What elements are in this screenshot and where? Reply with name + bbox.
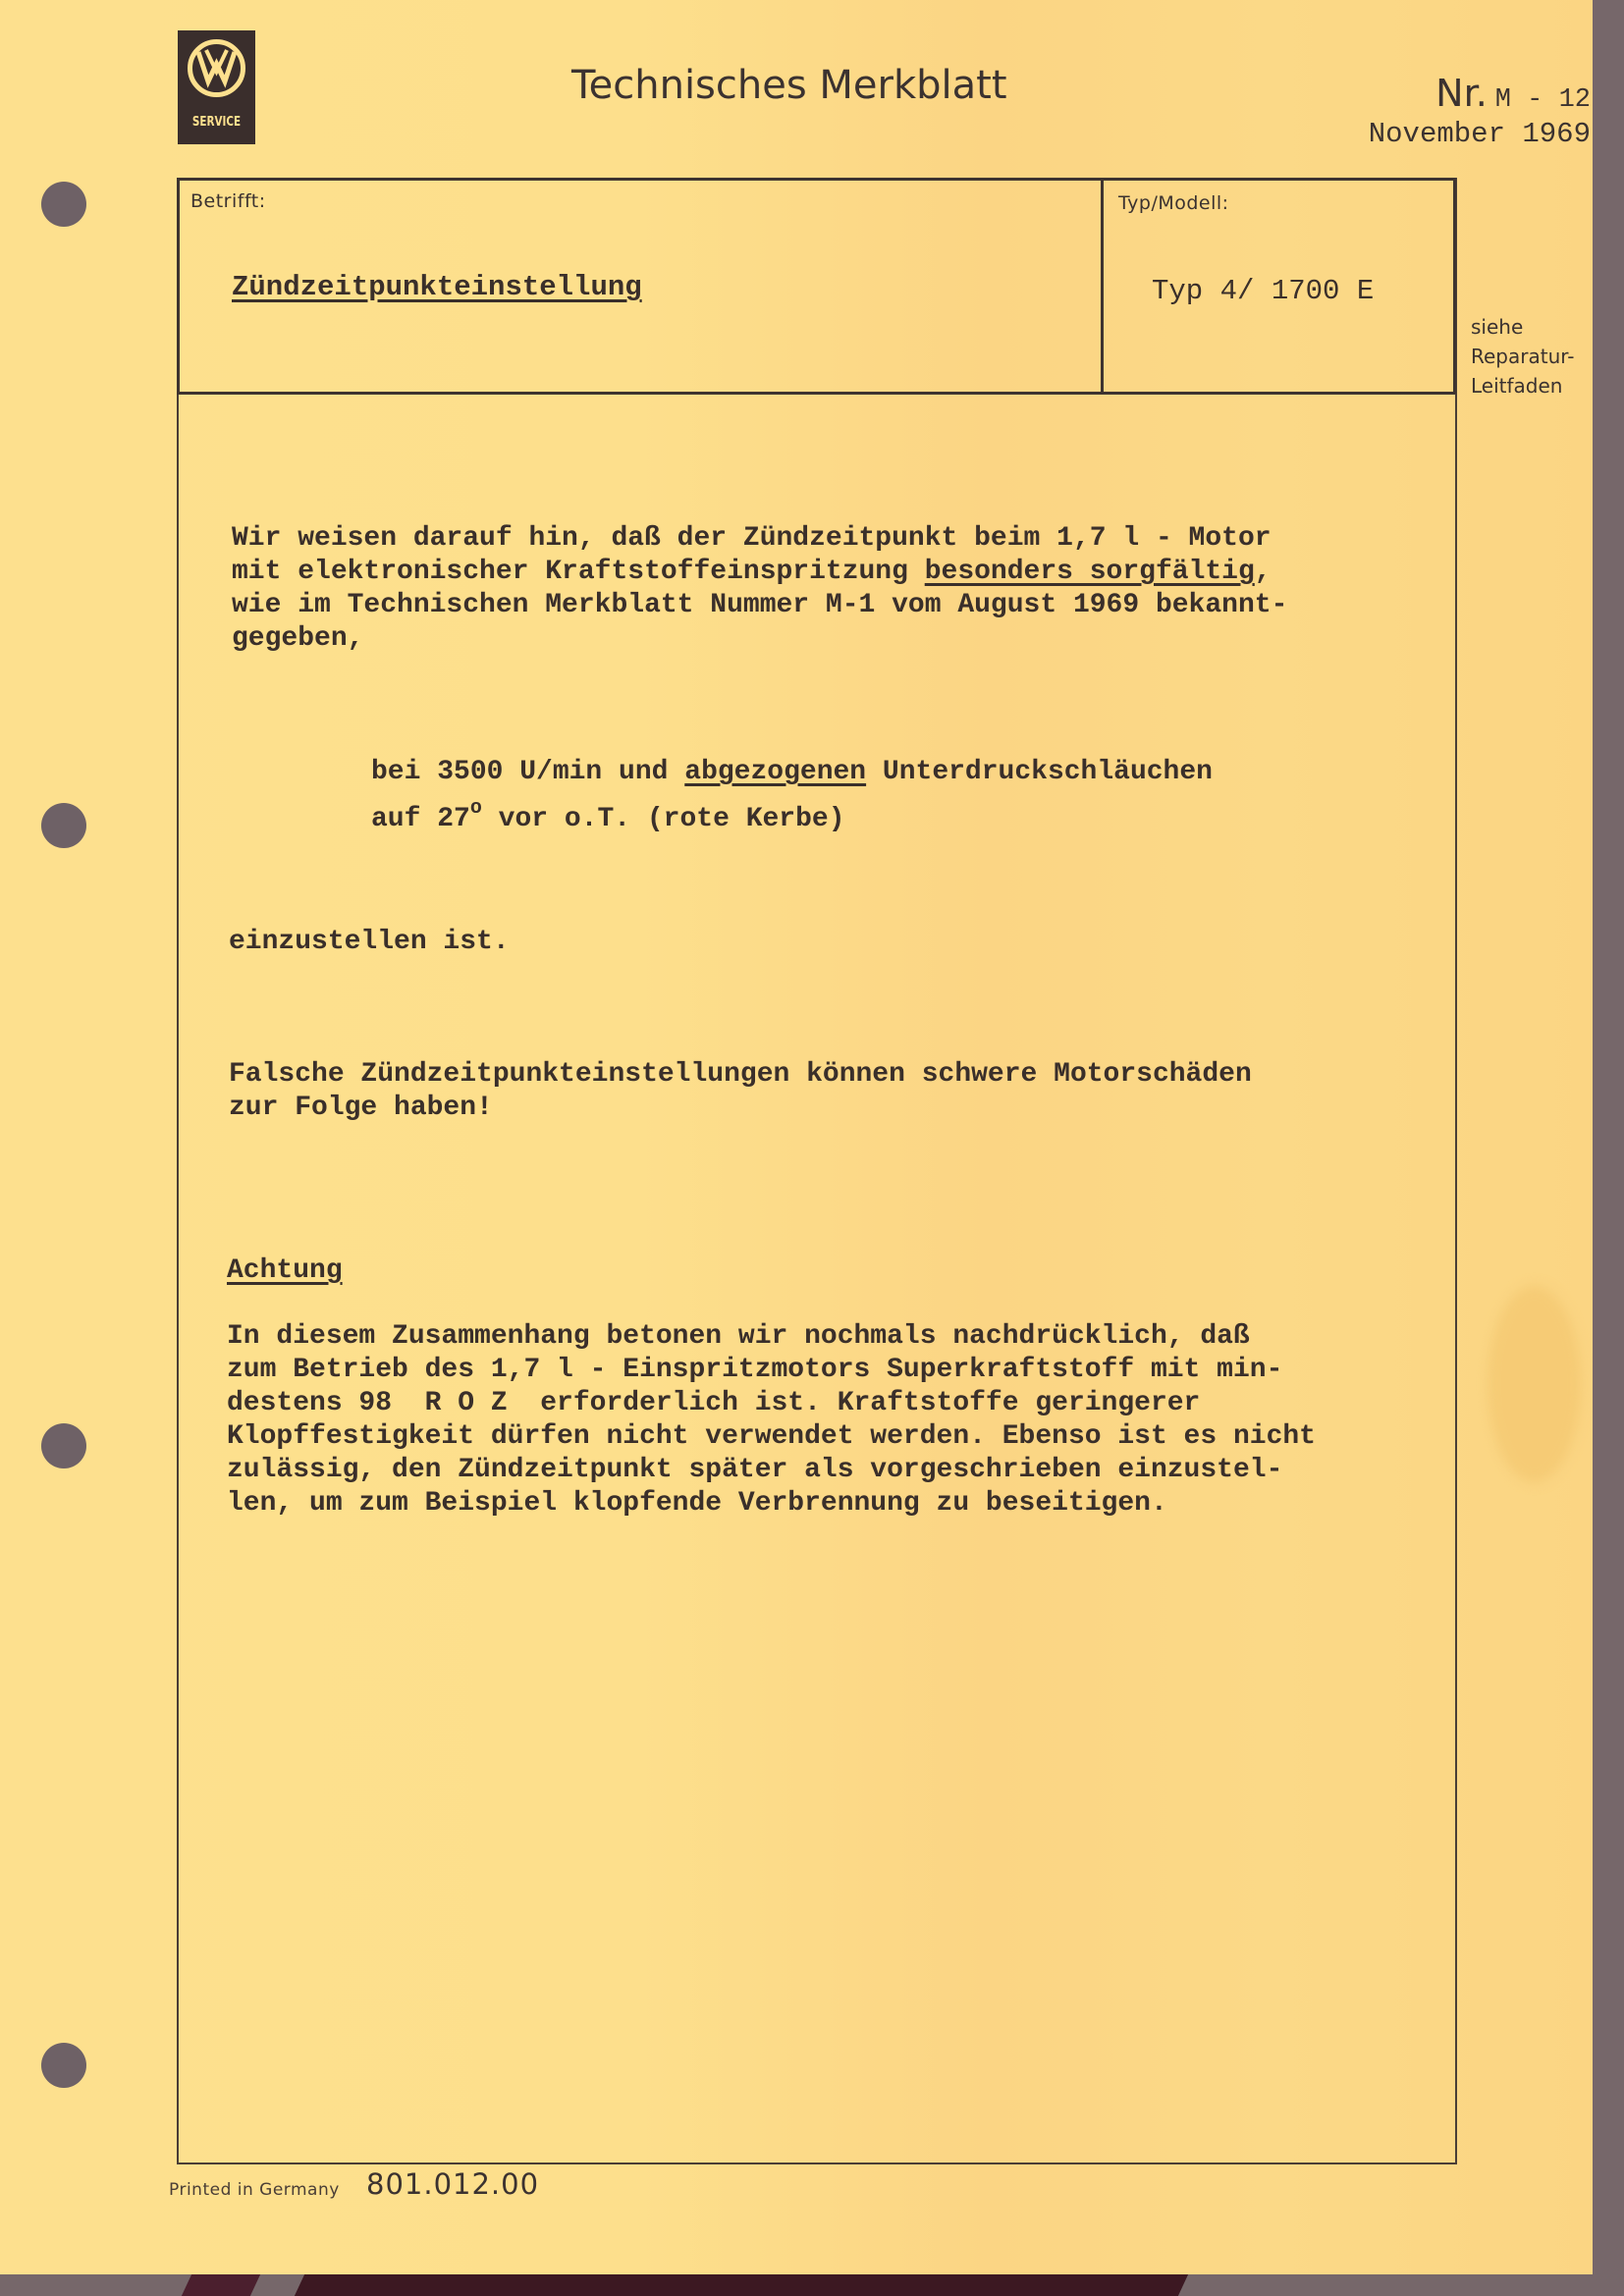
text-line: Unterdruckschläuchen (866, 757, 1213, 787)
side-note-line: siehe (1471, 312, 1574, 342)
side-note: siehe Reparatur- Leitfaden (1471, 312, 1574, 400)
document-date: November 1969 (1369, 118, 1591, 150)
text-line: , (1255, 557, 1272, 587)
content-frame (177, 178, 1457, 2164)
emphasis-text: abgezogenen (684, 757, 866, 787)
text-line: In diesem Zusammenhang betonen wir nochm… (227, 1321, 1250, 1352)
text-line: Wir weisen darauf hin, daß der Zündzeitp… (232, 523, 1272, 554)
scan-background (0, 2274, 1624, 2296)
text-line: Falsche Zündzeitpunkteinstellungen könne… (229, 1059, 1252, 1090)
punch-hole (41, 182, 86, 227)
text-line: vor o.T. (rote Kerbe) (482, 804, 845, 834)
text-line: auf 27 (371, 804, 470, 834)
nr-label: Nr. (1435, 72, 1488, 115)
punch-hole (41, 803, 86, 848)
background-mark (182, 2274, 260, 2296)
text-line: len, um zum Beispiel klopfende Verbrennu… (227, 1488, 1167, 1519)
header-divider (1101, 178, 1104, 392)
document-number: Nr.M - 12 (1435, 72, 1591, 115)
text-line: zur Folge haben! (229, 1093, 493, 1123)
emphasis-text: besonders sorgfältig (925, 557, 1255, 587)
text-line: destens 98 R O Z erforderlich ist. Kraft… (227, 1388, 1200, 1418)
attention-paragraph: In diesem Zusammenhang betonen wir nochm… (227, 1320, 1316, 1521)
nr-value: M - 12 (1495, 85, 1591, 115)
subject-value: Zündzeitpunkteinstellung (232, 271, 642, 303)
vw-service-logo: SERVICE (178, 30, 255, 144)
paper-stain (1488, 1286, 1581, 1482)
paragraph-conclusion: einzustellen ist. (229, 926, 510, 959)
text-line: mit elektronischer Kraftstoffeinspritzun… (232, 557, 925, 587)
document-title: Technisches Merkblatt (571, 63, 1007, 108)
logo-service-text: SERVICE (186, 115, 247, 130)
side-note-line: Reparatur- (1471, 342, 1574, 371)
printed-in-germany: Printed in Germany (169, 2180, 340, 2200)
text-line: bei 3500 U/min und (371, 757, 684, 787)
text-line: gegeben, (232, 623, 363, 654)
punch-hole (41, 2043, 86, 2088)
text-line: zulässig, den Zündzeitpunkt später als v… (227, 1455, 1282, 1485)
degree-sign: o (470, 797, 482, 820)
attention-heading: Achtung (227, 1255, 343, 1288)
model-label: Typ/Modell: (1118, 192, 1229, 214)
side-note-line: Leitfaden (1471, 371, 1574, 400)
paragraph-intro: Wir weisen darauf hin, daß der Zündzeitp… (232, 522, 1287, 656)
subject-label: Betrifft: (190, 190, 266, 212)
vw-emblem-icon (187, 38, 246, 98)
text-line: zum Betrieb des 1,7 l - Einspritzmotors … (227, 1355, 1282, 1385)
text-line: wie im Technischen Merkblatt Nummer M-1 … (232, 590, 1287, 620)
background-mark (295, 2274, 1188, 2296)
text-line: Klopffestigkeit dürfen nicht verwendet w… (227, 1421, 1316, 1452)
instruction-block: bei 3500 U/min und abgezogenen Unterdruc… (371, 749, 1213, 843)
warning-paragraph: Falsche Zündzeitpunkteinstellungen könne… (229, 1058, 1252, 1125)
model-value: Typ 4/ 1700 E (1152, 275, 1374, 307)
form-number: 801.012.00 (366, 2167, 539, 2201)
punch-hole (41, 1423, 86, 1468)
